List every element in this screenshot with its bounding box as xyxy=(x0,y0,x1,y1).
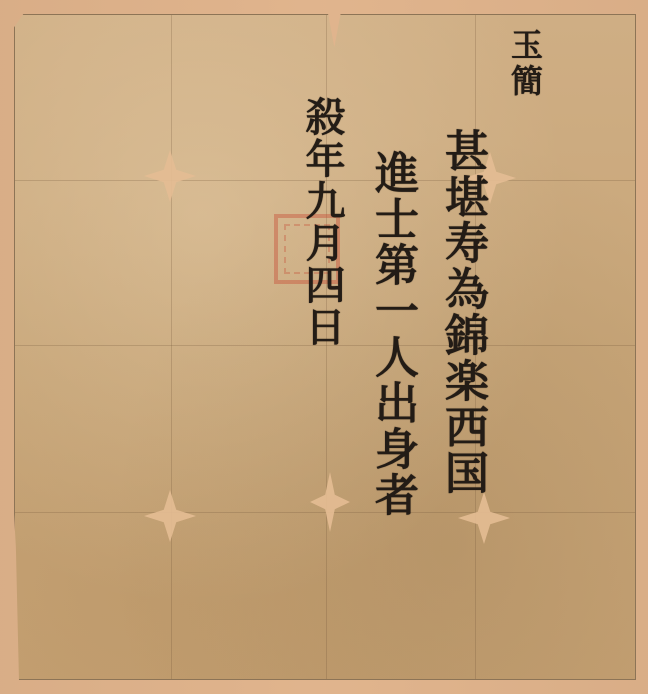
text-column-2: 進士第一人出身者 xyxy=(362,150,422,518)
fold-crease xyxy=(171,15,172,679)
header-text: 玉簡 xyxy=(502,28,548,100)
fold-crease xyxy=(15,512,635,513)
text-column-1: 甚堪寿為錦楽西国 xyxy=(432,128,492,496)
text-column-3: 殺年九月四日 xyxy=(294,96,350,348)
